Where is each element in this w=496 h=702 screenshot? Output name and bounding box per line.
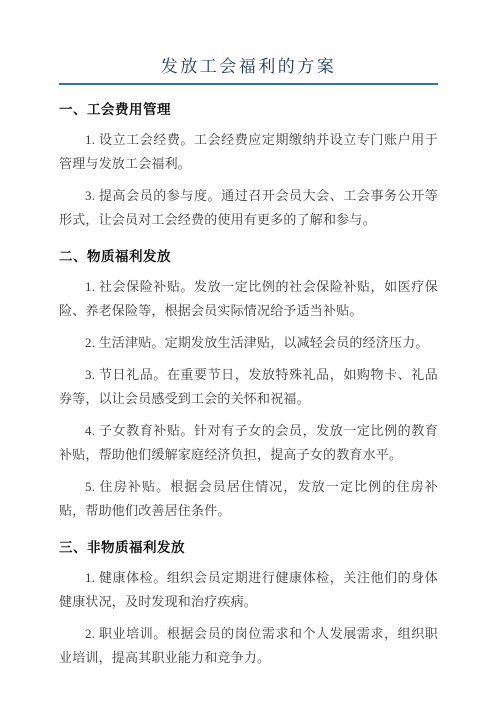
document-body: 一、工会费用管理 1. 设立工会经费。工会经费应定期缴纳并设立专门账户用于管理与… — [59, 100, 438, 670]
document-page: 发放工会福利的方案 一、工会费用管理 1. 设立工会经费。工会经费应定期缴纳并设… — [0, 0, 496, 702]
section-heading: 三、非物质福利发放 — [59, 538, 438, 558]
paragraph: 4. 子女教育补贴。针对有子女的会员，发放一定比例的教育补贴，帮助他们缓解家庭经… — [59, 419, 438, 467]
document-section: 一、工会费用管理 1. 设立工会经费。工会经费应定期缴纳并设立专门账户用于管理与… — [59, 100, 438, 232]
section-heading: 二、物质福利发放 — [59, 247, 438, 267]
document-content: 发放工会福利的方案 一、工会费用管理 1. 设立工会经费。工会经费应定期缴纳并设… — [59, 0, 438, 678]
paragraph: 2. 生活津贴。定期发放生活津贴，以减轻会员的经济压力。 — [59, 331, 438, 355]
document-section: 三、非物质福利发放 1. 健康体检。组织会员定期进行健康体检，关注他们的身体健康… — [59, 538, 438, 670]
paragraph: 2. 职业培训。根据会员的岗位需求和个人发展需求，组织职业培训，提高其职业能力和… — [59, 622, 438, 670]
paragraph: 3. 节日礼品。在重要节日，发放特殊礼品，如购物卡、礼品券等，以让会员感受到工会… — [59, 363, 438, 411]
document-title: 发放工会福利的方案 — [59, 0, 438, 85]
section-heading: 一、工会费用管理 — [59, 100, 438, 120]
section-paragraphs: 1. 社会保险补贴。发放一定比例的社会保险补贴，如医疗保险、养老保险等，根据会员… — [59, 275, 438, 523]
paragraph: 1. 社会保险补贴。发放一定比例的社会保险补贴，如医疗保险、养老保险等，根据会员… — [59, 275, 438, 323]
section-paragraphs: 1. 设立工会经费。工会经费应定期缴纳并设立专门账户用于管理与发放工会福利。3.… — [59, 128, 438, 232]
section-paragraphs: 1. 健康体检。组织会员定期进行健康体检，关注他们的身体健康状况，及时发现和治疗… — [59, 566, 438, 670]
paragraph: 1. 设立工会经费。工会经费应定期缴纳并设立专门账户用于管理与发放工会福利。 — [59, 128, 438, 176]
paragraph: 1. 健康体检。组织会员定期进行健康体检，关注他们的身体健康状况，及时发现和治疗… — [59, 566, 438, 614]
document-section: 二、物质福利发放 1. 社会保险补贴。发放一定比例的社会保险补贴，如医疗保险、养… — [59, 247, 438, 523]
paragraph: 5. 住房补贴。根据会员居住情况，发放一定比例的住房补贴，帮助他们改善居住条件。 — [59, 475, 438, 523]
paragraph: 3. 提高会员的参与度。通过召开会员大会、工会事务公开等形式，让会员对工会经费的… — [59, 184, 438, 232]
